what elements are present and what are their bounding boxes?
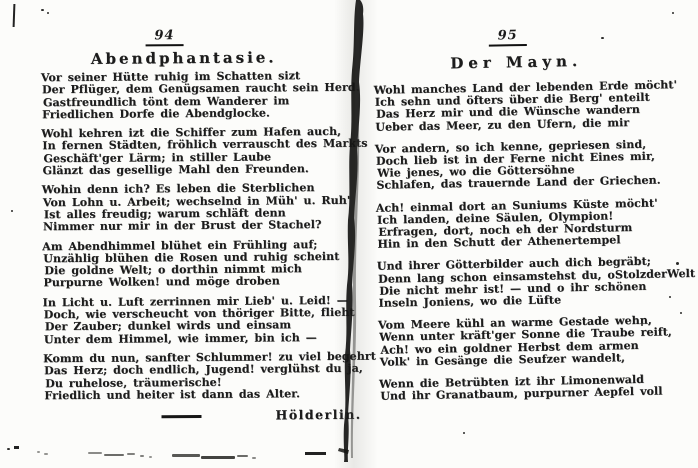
scan-smudge bbox=[172, 454, 200, 457]
poem-line: Friedlich und heiter ist dann das Alter. bbox=[44, 388, 357, 403]
scan-speck bbox=[676, 262, 679, 265]
signature-dash-rule bbox=[161, 415, 201, 418]
poem-line: Purpurne Wolken! und möge droben bbox=[43, 275, 356, 290]
scan-mark bbox=[14, 446, 19, 449]
scan-speck bbox=[11, 210, 13, 212]
scan-smudge bbox=[149, 456, 152, 458]
scan-speck bbox=[41, 9, 44, 11]
scan-speck bbox=[669, 296, 671, 298]
scan-speck bbox=[672, 12, 674, 14]
left-page-number-row: 94 bbox=[7, 23, 321, 47]
scan-smudge bbox=[201, 456, 235, 459]
stanza: Wenn die Betrübten izt ihr Limonenwald U… bbox=[379, 373, 679, 403]
scan-smudge bbox=[44, 453, 48, 455]
stanza: Und ihrer Götterbilder auch dich begräbt… bbox=[377, 256, 678, 310]
scan-speck bbox=[463, 432, 465, 434]
poem-line: Friedlichen Dorfe die Abendglocke. bbox=[42, 107, 355, 122]
stanza: Wohl manches Land der lebenden Erde möch… bbox=[374, 79, 675, 133]
left-poem-title: Abendphantasie. bbox=[41, 48, 327, 68]
right-page-number: 95 bbox=[488, 28, 526, 47]
left-page-number: 94 bbox=[145, 28, 183, 46]
stanza: Am Abendhimmel blühet ein Frühling auf; … bbox=[42, 238, 356, 290]
poem-line: Hin in den Schutt der Athenertempel bbox=[377, 233, 676, 251]
stanza: Ach! einmal dort an Suniums Küste möcht'… bbox=[376, 197, 677, 251]
right-page-number-row: 95 bbox=[357, 22, 657, 49]
left-page: 94 Abendphantasie. Vor seiner Hütte ruhi… bbox=[40, 23, 357, 430]
scanned-book-spread: 94 Abendphantasie. Vor seiner Hütte ruhi… bbox=[0, 0, 698, 468]
scan-mark bbox=[13, 4, 16, 27]
binding-crease-artifact bbox=[325, 0, 375, 468]
stanza: Komm du nun, sanfter Schlummer! zu viel … bbox=[43, 351, 357, 403]
stanza: Wohin denn ich? Es leben die Sterblichen… bbox=[42, 182, 356, 234]
right-page: 95 Der Mayn. Wohl manches Land der leben… bbox=[372, 21, 679, 413]
poem-line: Glänzt das gesellige Mahl den Freunden. bbox=[43, 163, 356, 178]
scan-smudge bbox=[140, 455, 144, 457]
scan-speck bbox=[601, 37, 604, 39]
scan-smudge bbox=[127, 453, 135, 455]
scan-smudge bbox=[104, 454, 124, 456]
scan-smudge bbox=[252, 457, 256, 459]
scan-speck bbox=[680, 312, 682, 314]
signature-row: Hölderlin. bbox=[43, 407, 357, 429]
right-poem-title: Der Mayn. bbox=[373, 51, 659, 74]
scan-smudge bbox=[88, 452, 102, 454]
stanza: Vor andern, so ich kenne, gepriesen sind… bbox=[375, 138, 676, 192]
poem-line: Nimmer nur mir in der Brust der Stachel? bbox=[43, 219, 356, 234]
stanza: Vom Meere kühl an warme Gestade wehn, We… bbox=[378, 314, 679, 368]
scan-speck bbox=[641, 324, 643, 326]
stanza: Vor seiner Hütte ruhig im Schatten sizt … bbox=[41, 70, 355, 122]
poem-line: Schlafen, das trauernde Land der Grieche… bbox=[376, 175, 675, 193]
stanza: In Licht u. Luft zerrinnen mir Lieb' u. … bbox=[43, 295, 357, 347]
scan-speck bbox=[47, 12, 49, 14]
scan-smudge bbox=[237, 455, 248, 457]
poem-line: Unter dem Himmel, wie immer, bin ich — bbox=[44, 331, 357, 346]
scan-smudge bbox=[37, 451, 40, 453]
scan-mark bbox=[305, 452, 326, 455]
scan-speck bbox=[7, 448, 10, 450]
stanza: Wohl kehren izt die Schiffer zum Hafen a… bbox=[41, 126, 355, 178]
